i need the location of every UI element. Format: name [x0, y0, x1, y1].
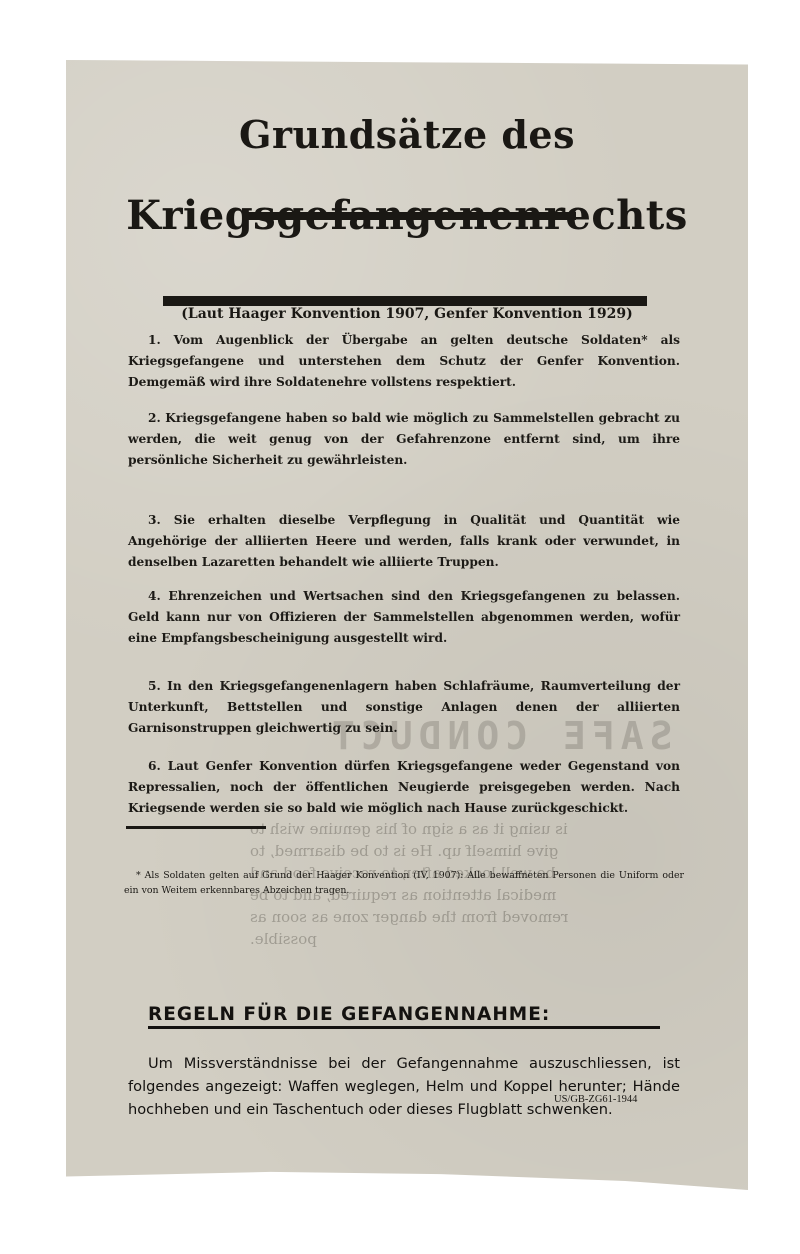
rules-body: Um Missverständnisse bei der Gefangennah…	[128, 1052, 680, 1121]
footnote-divider	[126, 826, 266, 829]
footnote: * Als Soldaten gelten auf Grund der Haag…	[124, 868, 684, 898]
paragraph-5: 5. In den Kriegsgefangenenlagern haben S…	[128, 676, 680, 739]
rules-underline	[148, 1026, 660, 1029]
title-underline-2	[163, 296, 647, 306]
paragraph-1: 1. Vom Augenblick der Übergabe an gelten…	[128, 330, 680, 393]
paragraph-2: 2. Kriegsgefangene haben so bald wie mög…	[128, 408, 680, 471]
paragraph-3: 3. Sie erhalten dieselbe Verpflegung in …	[128, 510, 680, 573]
leaflet-paper: SAFE CONDUCT is using it as a sign of hi…	[66, 60, 748, 1190]
title-line-1: Grundsätze des	[66, 112, 748, 157]
title-line-2: Kriegsgefangenenrechts	[66, 192, 748, 239]
subtitle: (Laut Haager Konvention 1907, Genfer Kon…	[66, 306, 748, 322]
paragraph-6: 6. Laut Genfer Konvention dürfen Kriegsg…	[128, 756, 680, 819]
paragraph-4: 4. Ehrenzeichen und Wertsachen sind den …	[128, 586, 680, 649]
leaflet-code: US/GB-ZG61-1944	[554, 1094, 637, 1105]
rules-heading: REGELN FÜR DIE GEFANGENNAHME:	[148, 1004, 662, 1025]
